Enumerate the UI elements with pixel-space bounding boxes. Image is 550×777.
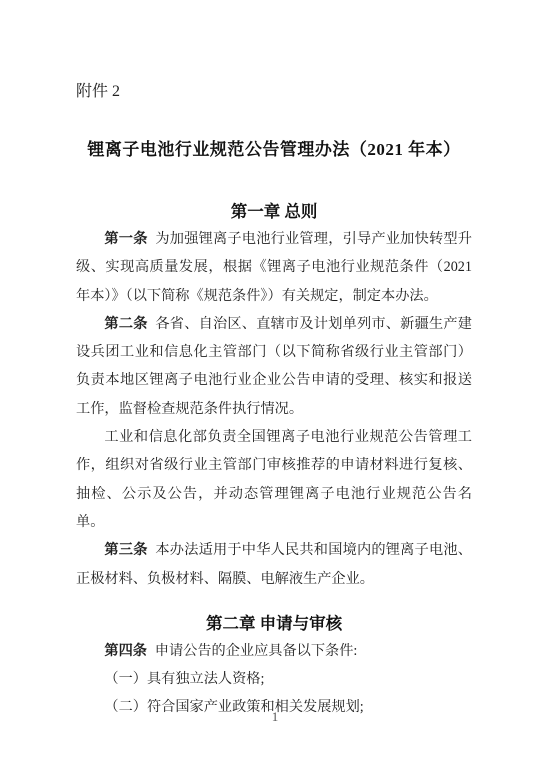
article-2-continuation-text: 工业和信息化部负责全国锂离子电池行业规范公告管理工作，组织对省级行业主管部门审核…: [76, 429, 472, 530]
article-1-paragraph: 第一条为加强锂离子电池行业管理，引导产业加快转型升级、实现高质量发展，根据《锂离…: [76, 225, 472, 310]
article-1-number: 第一条: [104, 231, 147, 247]
article-4-text: 申请公告的企业应具备以下条件:: [155, 643, 358, 659]
article-2-number: 第二条: [104, 316, 147, 332]
article-4-paragraph: 第四条申请公告的企业应具备以下条件:: [76, 637, 472, 665]
chapter-1-heading: 第一章 总则: [76, 199, 472, 225]
article-2-paragraph: 第二条各省、自治区、直辖市及计划单列市、新疆生产建设兵团工业和信息化主管部门（以…: [76, 310, 472, 423]
chapter-2-heading: 第二章 申请与审核: [76, 611, 472, 637]
condition-item-1: （一）具有独立法人资格;: [76, 665, 472, 693]
chapter-1: 第一章 总则 第一条为加强锂离子电池行业管理，引导产业加快转型升级、实现高质量发…: [76, 199, 472, 593]
article-3-paragraph: 第三条本办法适用于中华人民共和国境内的锂离子电池、正极材料、负极材料、隔膜、电解…: [76, 536, 472, 593]
article-2-continuation-paragraph: 工业和信息化部负责全国锂离子电池行业规范公告管理工作，组织对省级行业主管部门审核…: [76, 423, 472, 536]
page-number: 1: [0, 709, 550, 725]
chapter-2: 第二章 申请与审核 第四条申请公告的企业应具备以下条件: （一）具有独立法人资格…: [76, 611, 472, 722]
article-3-number: 第三条: [104, 542, 147, 558]
document-page: 附件 2 锂离子电池行业规范公告管理办法（2021 年本） 第一章 总则 第一条…: [0, 0, 550, 777]
condition-item-1-text: （一）具有独立法人资格;: [104, 671, 264, 687]
article-4-number: 第四条: [104, 643, 147, 659]
document-title: 锂离子电池行业规范公告管理办法（2021 年本）: [76, 137, 472, 163]
attachment-label: 附件 2: [76, 80, 472, 104]
